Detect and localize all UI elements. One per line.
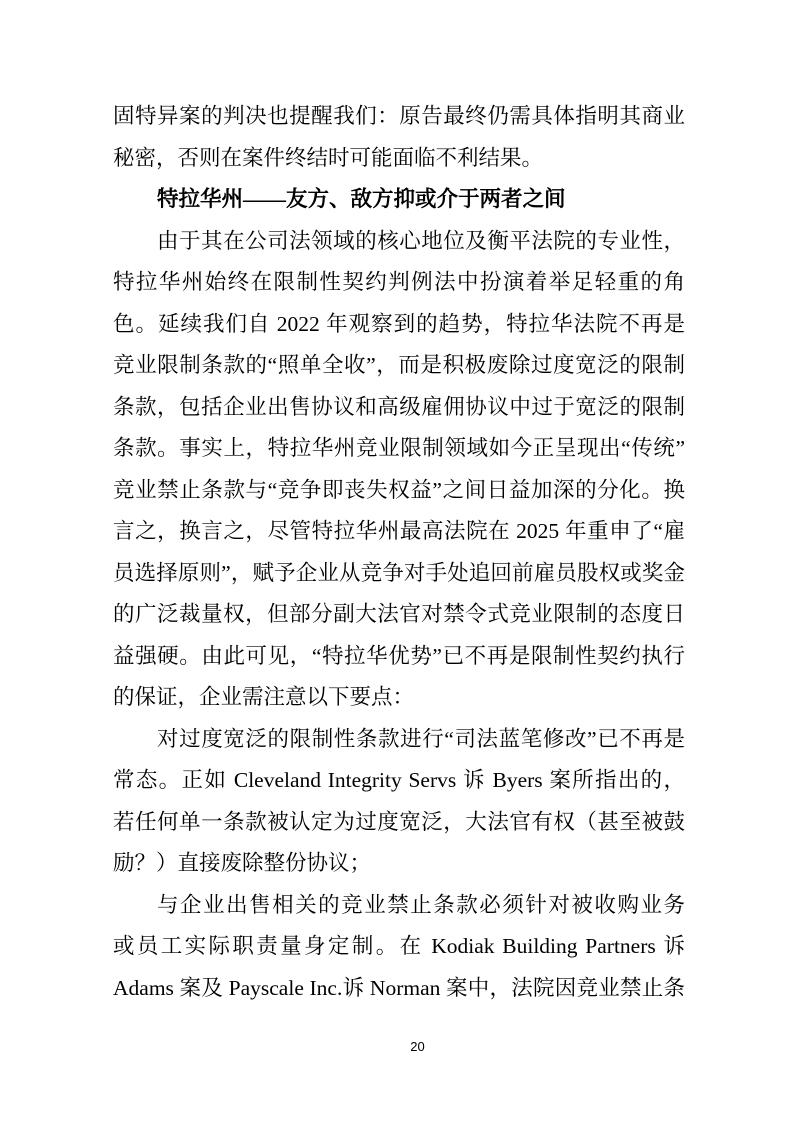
- text-line: 对过度宽泛的限制性条款进行“司法蓝笔修改”已不再是: [113, 719, 685, 761]
- text-line: 竞业禁止条款与“竞争即丧失权益”之间日益加深的分化。换: [113, 470, 685, 512]
- page-number: 20: [375, 1038, 460, 1056]
- text-line: 的广泛裁量权，但部分副大法官对禁令式竞业限制的态度日: [113, 594, 685, 636]
- text-line: 条款，包括企业出售协议和高级雇佣协议中过于宽泛的限制: [113, 387, 685, 429]
- section-heading: 特拉华州——友方、敌方抑或介于两者之间: [113, 179, 685, 221]
- text-line: 员选择原则”，赋予企业从竞争对手处追回前雇员股权或奖金: [113, 553, 685, 595]
- text-line: 常态。正如 Cleveland Integrity Servs 诉 Byers …: [113, 760, 685, 802]
- text-line: 条款。事实上，特拉华州竞业限制领域如今正呈现出“传统”: [113, 428, 685, 470]
- text-line: Adams 案及 Payscale Inc.诉 Norman 案中，法院因竞业禁…: [113, 968, 685, 1010]
- document-body: 固特异案的判决也提醒我们：原告最终仍需具体指明其商业 秘密，否则在案件终结时可能…: [113, 96, 685, 1009]
- text-line: 或员工实际职责量身定制。在 Kodiak Building Partners 诉: [113, 926, 685, 968]
- text-line: 励？）直接废除整份协议；: [113, 843, 685, 885]
- text-line: 固特异案的判决也提醒我们：原告最终仍需具体指明其商业: [113, 96, 685, 138]
- text-line: 与企业出售相关的竞业禁止条款必须针对被收购业务: [113, 885, 685, 927]
- text-line: 秘密，否则在案件终结时可能面临不利结果。: [113, 138, 685, 180]
- text-line: 益强硬。由此可见，“特拉华优势”已不再是限制性契约执行: [113, 636, 685, 678]
- document-page: 固特异案的判决也提醒我们：原告最终仍需具体指明其商业 秘密，否则在案件终结时可能…: [0, 0, 793, 1122]
- text-line: 若任何单一条款被认定为过度宽泛，大法官有权（甚至被鼓: [113, 802, 685, 844]
- text-line: 由于其在公司法领域的核心地位及衡平法院的专业性，: [113, 221, 685, 263]
- text-line: 竞业限制条款的“照单全收”，而是积极废除过度宽泛的限制: [113, 345, 685, 387]
- text-line: 言之，换言之，尽管特拉华州最高法院在 2025 年重申了“雇: [113, 511, 685, 553]
- text-line: 特拉华州始终在限制性契约判例法中扮演着举足轻重的角: [113, 262, 685, 304]
- text-line: 色。延续我们自 2022 年观察到的趋势，特拉华法院不再是: [113, 304, 685, 346]
- text-line: 的保证，企业需注意以下要点：: [113, 677, 685, 719]
